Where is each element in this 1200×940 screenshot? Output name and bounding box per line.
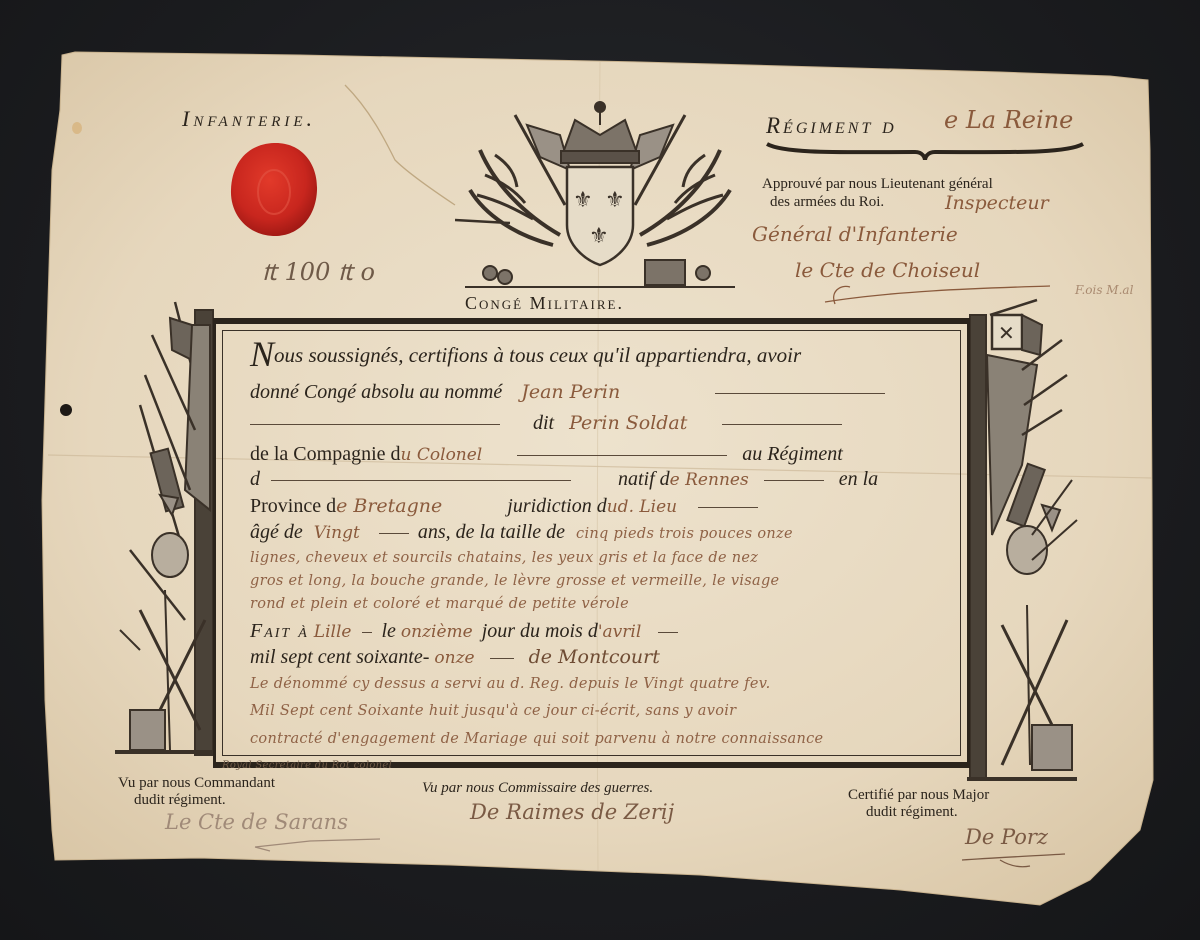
- jurisdiction-handwritten: ud. Lieu: [607, 497, 677, 517]
- officer-signature-handwritten: de Montcourt: [529, 646, 660, 668]
- document-photo: Infanterie. ₶ 100 ₶ o ⚜ ⚜ ⚜: [0, 0, 1200, 940]
- blank-rule: [722, 424, 842, 425]
- service-note-handwritten-1: Le dénommé cy dessus a servi au d. Reg. …: [250, 676, 950, 700]
- commandant-label: Vu par nous Commandant dudit régiment.: [118, 775, 275, 809]
- commissaire-signature: De Raimes de Zerij: [470, 800, 674, 824]
- royal-coat-of-arms-icon: ⚜ ⚜ ⚜: [455, 95, 745, 295]
- svg-text:⚜: ⚜: [573, 187, 593, 212]
- cert-line-7-text-b: ans, de la taille de: [418, 521, 565, 543]
- month-handwritten: 'avril: [598, 622, 641, 642]
- approval-handwritten-3: le Cte de Choiseul: [795, 258, 980, 282]
- description-handwritten-1: lignes, cheveux et sourcils chatains, le…: [250, 550, 950, 574]
- blank-rule: [517, 455, 727, 456]
- cert-line-5: d natif de Rennes en la: [250, 468, 950, 492]
- regiment-title: Régiment d: [766, 113, 897, 139]
- cert-line-1-text: ous soussignés, certifions à tous ceux q…: [274, 343, 801, 367]
- cert-line-8-text-b: le: [381, 620, 395, 642]
- year-handwritten: onze: [434, 648, 474, 668]
- cert-line-6-text-a: Province d: [250, 495, 336, 517]
- commissaire-label: Vu par nous Commissaire des guerres.: [422, 780, 653, 797]
- cert-line-5-text-b: natif d: [618, 468, 670, 490]
- major-label: Certifié par nous Major dudit régiment.: [848, 787, 989, 821]
- commandant-label-line-2: dudit régiment.: [118, 792, 275, 809]
- svg-text:⚜: ⚜: [589, 223, 609, 248]
- price-note-handwritten: ₶ 100 ₶ o: [262, 255, 375, 288]
- major-label-line-2: dudit régiment.: [848, 804, 989, 821]
- birthplace-handwritten: e Rennes: [670, 470, 749, 490]
- blank-rule: [271, 480, 571, 481]
- ornamental-brace-icon: [765, 140, 1085, 162]
- service-note-handwritten-2: Mil Sept cent Soixante huit jusqu'à ce j…: [250, 703, 950, 727]
- signature-flourish-icon: [960, 852, 1070, 872]
- pin-hole: [60, 404, 72, 416]
- cert-line-8-text-a: Fait à: [250, 620, 309, 642]
- regiment-name-handwritten: e La Reine: [944, 106, 1073, 134]
- approval-handwritten-1: Inspecteur: [945, 192, 1049, 214]
- archive-pencil-note: F.ois M.al: [1075, 283, 1133, 297]
- cert-line-7: âgé de Vingt ans, de la taille de cinq p…: [250, 521, 950, 545]
- place-handwritten: Lille: [314, 622, 352, 642]
- wax-seal-icon: [228, 140, 320, 240]
- cert-line-6-text-b: juridiction d: [507, 495, 606, 517]
- cert-line-7-text-a: âgé de: [250, 521, 303, 543]
- blank-rule: [658, 632, 678, 633]
- cert-line-2-text: donné Congé absolu au nommé: [250, 381, 502, 403]
- conge-militaire-title: Congé Militaire.: [465, 293, 624, 314]
- cert-line-4-text-b: au Régiment: [742, 443, 843, 465]
- province-handwritten: e Bretagne: [336, 495, 442, 517]
- blank-rule: [715, 393, 885, 394]
- approval-handwritten-2: Général d'Infanterie: [752, 222, 958, 246]
- cert-line-3: dit Perin Soldat: [250, 412, 950, 436]
- soldier-alias-handwritten: Perin Soldat: [569, 412, 687, 434]
- soldier-name-handwritten: Jean Perin: [521, 381, 620, 403]
- cert-line-8-text-c: jour du mois d: [482, 620, 598, 642]
- blank-rule: [490, 658, 514, 659]
- cert-line-9: mil sept cent soixante- onze de Montcour…: [250, 646, 950, 670]
- description-handwritten-2: gros et long, la bouche grande, le lèvre…: [250, 573, 950, 597]
- approval-line-1: Approuvé par nous Lieutenant général: [762, 175, 993, 193]
- cert-line-1: Nous soussignés, certifions à tous ceux …: [250, 333, 950, 357]
- commandant-note-handwritten: Royal Secretaire du Rot colonel: [222, 760, 392, 771]
- height-handwritten: cinq pieds trois pouces onze: [576, 526, 793, 542]
- cert-line-9-text: mil sept cent soixante-: [250, 646, 429, 668]
- blank-rule: [250, 424, 500, 425]
- company-handwritten: u Colonel: [401, 445, 483, 465]
- cert-line-2: donné Congé absolu au nommé Jean Perin: [250, 381, 950, 405]
- blank-rule: [362, 632, 372, 633]
- cert-line-3-text: dit: [533, 412, 554, 434]
- service-note-handwritten-3: contracté d'engagement de Mariage qui so…: [250, 731, 950, 755]
- drop-cap: N: [250, 334, 274, 374]
- svg-text:⚜: ⚜: [605, 187, 625, 212]
- infanterie-title: Infanterie.: [182, 106, 316, 132]
- cert-line-4-text-a: de la Compagnie d: [250, 443, 401, 465]
- signature-flourish-icon: [250, 835, 390, 855]
- major-label-line-1: Certifié par nous Major: [848, 787, 989, 804]
- blank-rule: [764, 480, 824, 481]
- cert-line-4: de la Compagnie du Colonel au Régiment: [250, 443, 950, 467]
- blank-rule: [379, 533, 409, 534]
- description-handwritten-3: rond et plein et coloré et marqué de pet…: [250, 596, 950, 620]
- svg-text:✕: ✕: [998, 323, 1015, 345]
- age-handwritten: Vingt: [314, 523, 360, 543]
- cert-line-5-text-c: en la: [839, 468, 878, 490]
- day-handwritten: onzième: [401, 622, 473, 642]
- commandant-signature: Le Cte de Sarans: [165, 810, 348, 834]
- left-military-trophy-icon: [110, 290, 220, 760]
- cert-line-6: Province de Bretagne juridiction dud. Li…: [250, 495, 950, 519]
- major-signature: De Porz: [965, 825, 1048, 849]
- blank-rule: [698, 507, 758, 508]
- right-military-trophy-icon: ✕: [962, 295, 1082, 785]
- commandant-label-line-1: Vu par nous Commandant: [118, 775, 275, 792]
- cert-line-8: Fait à Lille le onzième jour du mois d'a…: [250, 620, 950, 644]
- cert-line-5-text-a: d: [250, 468, 260, 490]
